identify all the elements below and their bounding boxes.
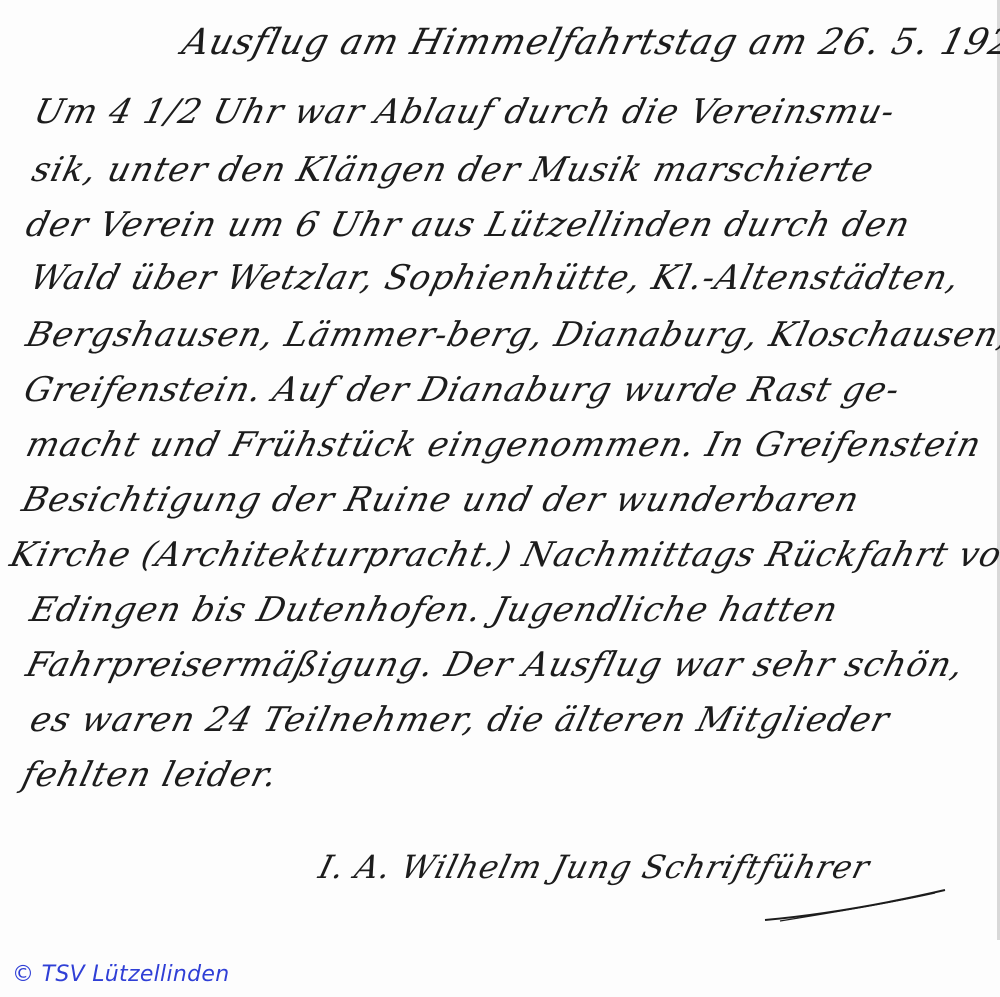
body-line: macht und Frühstück eingenommen. In Grei… bbox=[22, 425, 986, 465]
body-line: Edingen bis Dutenhofen. Jugendliche hatt… bbox=[26, 590, 842, 630]
body-line: es waren 24 Teilnehmer, die älteren Mitg… bbox=[26, 700, 894, 740]
body-line: Um 4 1/2 Uhr war Ablauf durch die Verein… bbox=[30, 92, 899, 132]
body-line: Fahrpreisermäßigung. Der Ausflug war seh… bbox=[22, 645, 968, 685]
body-line: fehlten leider. bbox=[18, 755, 282, 795]
body-line: Kirche (Architekturpracht.) Nachmittags … bbox=[6, 535, 1000, 575]
body-line: der Verein um 6 Uhr aus Lützellinden dur… bbox=[22, 205, 915, 245]
signature-flourish-icon bbox=[760, 885, 950, 925]
body-line: Greifenstein. Auf der Dianaburg wurde Ra… bbox=[20, 370, 904, 410]
body-line: Besichtigung der Ruine und der wunderbar… bbox=[18, 480, 864, 520]
body-line: Wald über Wetzlar, Sophienhütte, Kl.-Alt… bbox=[26, 258, 964, 298]
scanned-document-page: Ausflug am Himmelfahrtstag am 26. 5. 192… bbox=[0, 0, 1000, 997]
copyright-notice: © TSV Lützellinden bbox=[12, 962, 229, 987]
signature: I. A. Wilhelm Jung Schriftführer bbox=[315, 848, 874, 886]
body-line: Bergshausen, Lämmer-berg, Dianaburg, Klo… bbox=[22, 315, 1000, 355]
body-line: sik, unter den Klängen der Musik marschi… bbox=[28, 150, 878, 190]
document-title: Ausflug am Himmelfahrtstag am 26. 5. 192… bbox=[178, 22, 1000, 63]
